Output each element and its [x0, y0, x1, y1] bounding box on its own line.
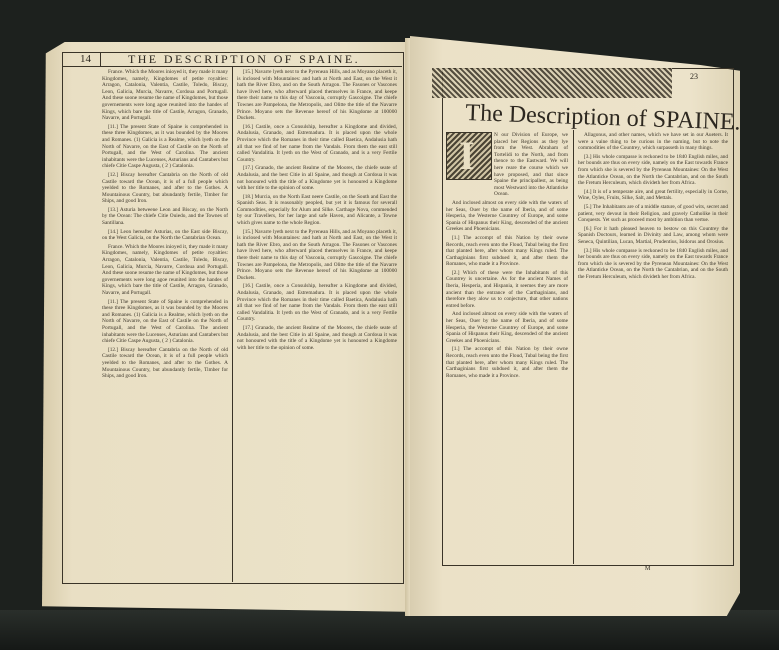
paragraph: [16.] Castile, once a Consulship, hereaf…	[237, 124, 397, 164]
printer-signature: M	[645, 566, 650, 572]
paragraph: [15.] Navarre lyeth next to the Pyrenean…	[237, 69, 397, 122]
paragraph: [16.] Castile, once a Consulship, hereaf…	[237, 283, 397, 323]
right-page-number: 23	[690, 72, 698, 81]
paragraph: [5.] The Inhabitants are of a middle sta…	[578, 204, 728, 224]
paragraph: [13.] Asturia betweene Leon and Biscay, …	[102, 207, 228, 227]
paragraph: [11.] The present State of Spaine is com…	[102, 299, 228, 345]
right-column-2: Allagonus, and other names, which we hav…	[578, 132, 728, 560]
paragraph: Allagonus, and other names, which we hav…	[578, 132, 728, 152]
paragraph: [17.] Granado, the ancient Realme of the…	[237, 325, 397, 351]
paragraph: [12.] Biscay hereafter Cantabria on the …	[102, 172, 228, 205]
left-page-number-divider	[100, 52, 101, 66]
paragraph: France. Which the Moores inioyed it, the…	[102, 244, 228, 297]
left-running-head: THE DESCRIPTION OF SPAINE.	[128, 52, 360, 67]
paragraph: [18.] Murcia, on the North East neere Ca…	[237, 194, 397, 227]
paragraph: [1.] The accompt of this Nation by their…	[446, 235, 568, 268]
paragraph: [14.] Leon hereafter Asturias, on the Ea…	[102, 229, 228, 242]
right-column-1: N our Division of Europe, we placed her …	[446, 132, 568, 560]
left-column-1: France. Which the Moores inioyed it, the…	[102, 69, 228, 581]
paragraph: [2.] Which of these were the Inhabitants…	[446, 270, 568, 310]
paragraph: And inclosed almost on every side with t…	[446, 200, 568, 233]
paragraph: [17.] Granado, the ancient Realme of the…	[237, 165, 397, 191]
paragraph: [1.] The accompt of this Nation by their…	[446, 346, 568, 379]
paragraph: [3.] His whole compasse is reckoned to b…	[578, 248, 728, 281]
paragraph: [6.] For it hath pleased heaven to besto…	[578, 226, 728, 246]
paragraph: [15.] Navarre lyeth next to the Pyrenean…	[237, 229, 397, 282]
paragraph: [4.] It is of a temperate aire, and grea…	[578, 189, 728, 202]
paragraph: [11.] The present State of Spaine is com…	[102, 124, 228, 170]
left-page-number: 14	[80, 53, 91, 65]
paragraph: [12.] Biscay hereafter Cantabria on the …	[102, 347, 228, 380]
paragraph: N our Division of Europe, we placed her …	[494, 132, 568, 198]
ornamental-headpiece	[432, 68, 672, 98]
left-column-divider	[232, 66, 233, 582]
paragraph: France. Which the Moores inioyed it, the…	[102, 69, 228, 122]
paragraph: And inclosed almost on every side with t…	[446, 311, 568, 344]
left-column-2: [15.] Navarre lyeth next to the Pyrenean…	[237, 69, 397, 574]
table-surface	[0, 610, 779, 650]
right-column-divider	[573, 130, 574, 564]
paragraph: [3.] His whole compasse is reckoned to b…	[578, 154, 728, 187]
